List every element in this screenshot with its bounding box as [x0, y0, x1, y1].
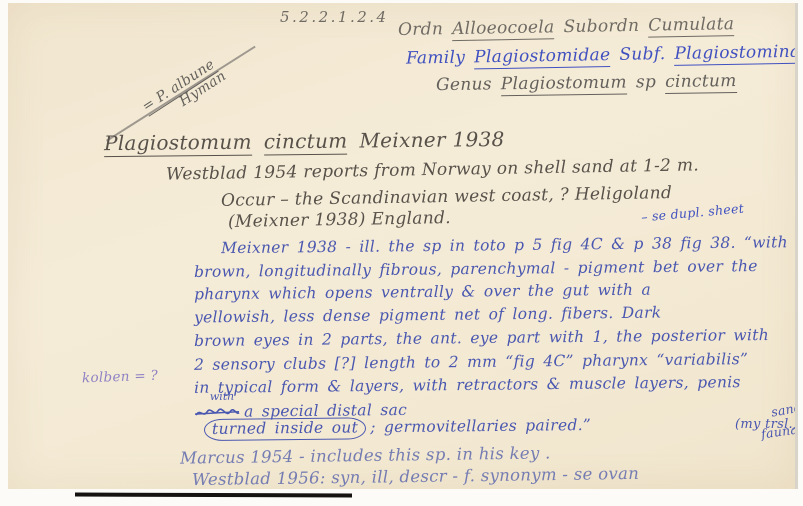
- margin-query-note: kolben = ?: [82, 368, 159, 387]
- description-line-7: in typical form & layers, with retractor…: [194, 373, 741, 397]
- suborder-label: Subordn: [563, 16, 639, 37]
- index-number: 5.2.2.1.2.4: [280, 8, 389, 26]
- occurrence-range: Occur – the Scandinavian west coast, ? H…: [221, 183, 672, 211]
- species-label: sp: [636, 72, 656, 92]
- westblad-reference: Westblad 1956: syn, ill, descr - f. syno…: [192, 464, 639, 489]
- description-line-4: yellowish, less dense pigment net of lon…: [194, 304, 662, 327]
- classification-line-genus: GenusPlagiostomumspcinctum: [436, 71, 746, 95]
- occurrence-report: Westblad 1954 reports from Norway on she…: [166, 155, 699, 184]
- heading-genus: Plagiostomum: [104, 130, 252, 158]
- index-card: 5.2.2.1.2.4 OrdnAlloeocoelaSubordnCumula…: [8, 3, 797, 489]
- marcus-reference: Marcus 1954 - includes this sp. in his k…: [180, 443, 551, 467]
- species-name: cinctum: [665, 71, 737, 94]
- description-line-2: brown, longitudinally fibrous, parenchym…: [194, 257, 758, 281]
- circled-phrase: turned inside out: [204, 417, 366, 441]
- suborder-name: Cumulata: [648, 14, 734, 37]
- description-line-9: turned inside out; germovitellaries pair…: [204, 415, 591, 441]
- heading-authority: Meixner 1938: [359, 127, 504, 153]
- synonym-note: = P. albune Hyman: [139, 55, 229, 129]
- order-label: Ordn: [398, 19, 443, 40]
- duplicate-sheet-note: – se dupl. sheet: [641, 201, 745, 225]
- subfamily-label: Subf.: [619, 44, 665, 65]
- description-line-5: brown eyes in 2 parts, the ant. eye part…: [194, 326, 769, 350]
- family-label: Family: [406, 48, 466, 69]
- description-line-1: Meixner 1938 - ill. the sp in toto p 5 f…: [221, 233, 797, 257]
- inserted-word: with: [210, 390, 235, 403]
- species-heading: PlagiostomumcinctumMeixner 1938: [104, 127, 517, 155]
- card-edge-line: [75, 493, 352, 498]
- heading-species: cinctum: [264, 129, 348, 156]
- order-name: Alloeocoela: [452, 17, 555, 41]
- family-name: Plagiostomidae: [474, 45, 611, 69]
- description-line-3: pharynx which opens ventrally & over the…: [194, 281, 651, 304]
- occurrence-range-2: (Meixner 1938) England.: [228, 208, 451, 232]
- classification-line-order: OrdnAlloeocoelaSubordnCumulata: [398, 14, 744, 40]
- description-line-6: 2 sensory clubs [?] length to 2 mm “fig …: [194, 350, 748, 374]
- classification-line-family: FamilyPlagiostomidaeSubf.Plagiostominae: [406, 41, 797, 68]
- genus-name: Plagiostomum: [501, 72, 627, 96]
- description-line-9-text: ; germovitellaries paired.”: [370, 416, 591, 436]
- scan-edge-shadow: [795, 3, 798, 489]
- genus-label: Genus: [436, 74, 492, 95]
- subfamily-name: Plagiostominae: [674, 42, 797, 66]
